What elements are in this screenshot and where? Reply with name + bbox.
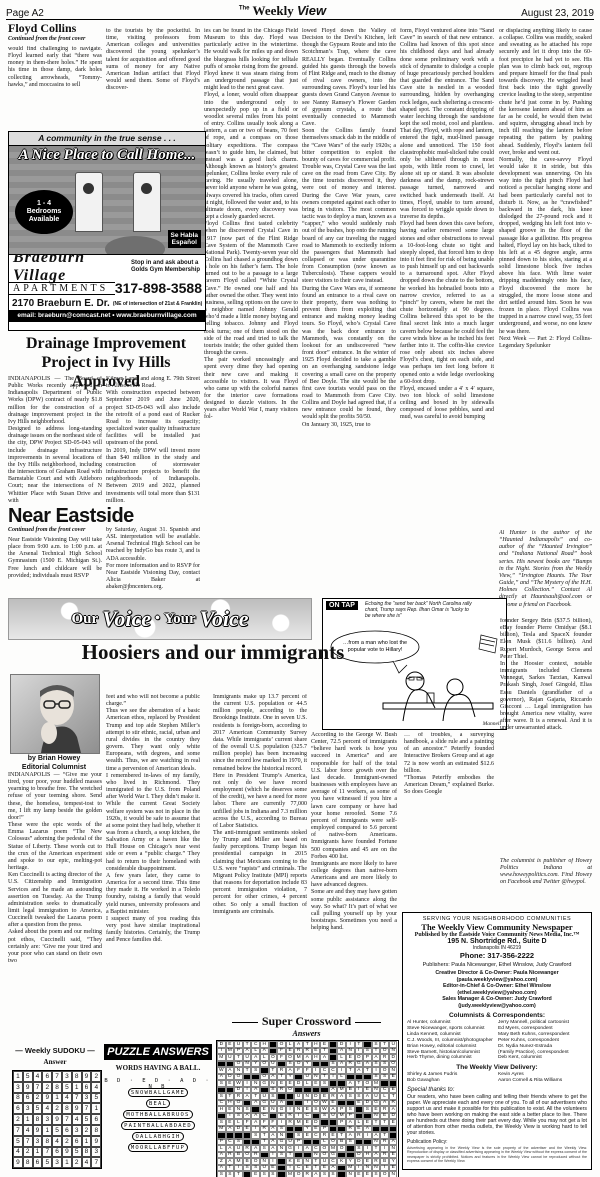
grid-cell: 1 [13, 1071, 23, 1082]
banner-dot: • [155, 611, 160, 627]
howey-column-5: … of troubles, a surveying handbook, a s… [404, 732, 494, 908]
word-search-title: WORDS HAVING A BALL. [104, 1064, 212, 1072]
grid-cell: 2 [42, 1082, 52, 1093]
sudoku-title: — Weekly SUDOKU — [8, 1046, 102, 1055]
grid-cell: 6 [33, 1157, 43, 1168]
grid-cell: O [380, 1171, 389, 1177]
grid-cell: 2 [72, 1157, 82, 1168]
delivery-person: Bob Gavaghan [407, 1078, 496, 1084]
grid-cell: 6 [42, 1071, 52, 1082]
floyd-column-5: form, Floyd ventured alone into “Sand Ca… [400, 28, 494, 590]
sudoku-answer-grid: 1546738923972851648629147356354289712183… [12, 1070, 102, 1169]
columnists-lists: Al Hunter, columnistSteve Nicewanger, sp… [407, 1020, 587, 1061]
grid-cell: 4 [13, 1147, 23, 1158]
apartments-label: APARTMENTS [9, 282, 115, 295]
masthead-info-box: SERVING YOUR NEIGHBORHOOD COMMUNITIES Th… [402, 912, 592, 1170]
crossword-title-text: Super Crossword [262, 1014, 351, 1028]
grid-cell: 3 [13, 1082, 23, 1093]
grid-cell: 7 [62, 1114, 72, 1125]
publishers-line: Publishers: Paula Nicewanger, Ethel Wins… [407, 962, 587, 968]
grid-cell: 2 [13, 1114, 23, 1125]
grid-cell: S [269, 1171, 278, 1177]
grid-cell: 4 [42, 1103, 52, 1114]
delivery-person: Aaron Cornell & Rita Williams [498, 1078, 587, 1084]
grid-cell: 8 [42, 1136, 52, 1147]
ad-headline: A Nice Place to Call Home... [9, 147, 205, 164]
our-voice-your-voice-banner: Our Voice • Your Voice [8, 598, 312, 640]
floyd-column-3: ies can be found in the Chicago Field Mu… [204, 28, 298, 560]
floyd-column-6: or displacing anything likely to cause a… [499, 28, 592, 528]
columnist-name: Deb Kent, columnist [498, 1055, 587, 1061]
grid-cell: 9 [82, 1071, 92, 1082]
issue-date: August 23, 2019 [521, 8, 594, 19]
grid-cell: 9 [62, 1147, 72, 1158]
grid-cell: N [346, 1171, 355, 1177]
grid-cell: 3 [82, 1093, 92, 1104]
gym-membership-note: Stop in and ask about a Golds Gym Member… [131, 260, 205, 274]
grid-cell: 3 [33, 1136, 43, 1147]
publication-policy-title: Publication Policy: [407, 1139, 587, 1145]
grid-cell: 6 [13, 1103, 23, 1114]
grid-cell: 9 [91, 1136, 101, 1147]
on-tap-label: ON TAP [326, 601, 358, 610]
grid-cell: 4 [72, 1114, 82, 1125]
ad-street-address: 2170 Braeburn E. Dr. [9, 298, 110, 309]
paper-phone[interactable]: Phone: 317-356-2222 [407, 951, 587, 960]
crossword-answer-grid: DEUTCHOLATHEDITSTUIMPALAFERRETANISTONMUT… [216, 1040, 399, 1177]
grid-cell: S [329, 1171, 338, 1177]
grid-cell: 9 [42, 1093, 52, 1104]
word-search-answer: SNOWBALLGAME [128, 1088, 188, 1097]
howey-byline: by Brian Howey Editorial Columnist [10, 755, 98, 772]
crossword-subtitle: Answers [215, 1029, 398, 1038]
delivery-lists: Shirley & James FudrisBob Gavaghan Kevin… [407, 1072, 587, 1084]
grid-cell: 6 [23, 1093, 33, 1104]
banner-word-our: Our [71, 611, 98, 628]
grid-cell: S [226, 1171, 235, 1177]
brian-howey-photo [10, 674, 100, 754]
howey-column-6: founder Sergey Brin ($37.5 billion), eBa… [500, 618, 592, 856]
grid-cell: 5 [42, 1157, 52, 1168]
grid-cell: 8 [82, 1147, 92, 1158]
page-number: Page A2 [6, 8, 44, 19]
grid-cell: 1 [33, 1147, 43, 1158]
ad-phone-number[interactable]: 317-898-3588 [115, 280, 205, 296]
delivery-left-list: Shirley & James FudrisBob Gavaghan [407, 1072, 496, 1084]
grid-cell [243, 1171, 252, 1177]
grid-cell: 4 [62, 1093, 72, 1104]
page-header: Page A2 The Weekly View August 23, 2019 [6, 2, 594, 20]
sudoku-subtitle: Answer [8, 1058, 102, 1066]
grid-cell: 9 [52, 1114, 62, 1125]
door-wreath-icon [83, 183, 94, 194]
grid-cell: 1 [62, 1157, 72, 1168]
word-search-answer: MOTHBALLABRUOS [123, 1110, 192, 1119]
floyd-author-bio: Al Hunter is the author of the “Haunted … [499, 530, 592, 614]
grid-cell [277, 1171, 286, 1177]
banner-word-your: Your [164, 611, 196, 628]
columnist-name: Steve Nicewanger, sports columnist [407, 1026, 496, 1032]
grid-cell: 4 [23, 1125, 33, 1136]
grid-cell: 4 [91, 1082, 101, 1093]
grid-cell: 8 [62, 1103, 72, 1114]
grid-cell: 5 [52, 1125, 62, 1136]
grid-cell: 3 [72, 1125, 82, 1136]
grid-cell: S [320, 1171, 329, 1177]
banner-word-voice-2: Voice [200, 606, 249, 632]
howey-headline: Hoosiers and our immigrants [20, 640, 406, 665]
word-search-answer: PAINTBALLABDAED [121, 1121, 195, 1130]
masthead-weekly: Weekly [253, 3, 294, 18]
columnist-name: Herb Thyme, dining columnist [407, 1055, 496, 1061]
howey-column-1: INDIANAPOLIS — “Give me your tired, your… [8, 772, 102, 1048]
howey-column-4: According to the George W. Bush Center, … [311, 732, 397, 1012]
grid-cell: 8 [72, 1071, 82, 1082]
floyd-column-1: would find challenging to navigate. Floy… [8, 46, 102, 130]
special-thanks-title: Special thanks to: [407, 1087, 587, 1093]
grid-cell: O [294, 1171, 303, 1177]
grid-cell: 9 [23, 1082, 33, 1093]
ad-contact-bar[interactable]: email: braeburn@comcast.net • www.braebu… [9, 310, 205, 322]
banner-word-voice: Voice [102, 606, 151, 632]
grid-cell: S [372, 1171, 381, 1177]
grid-cell: 9 [13, 1157, 23, 1168]
grid-cell: 3 [91, 1147, 101, 1158]
grid-cell: 7 [23, 1136, 33, 1147]
grid-cell: 8 [13, 1093, 23, 1104]
grid-cell: E [355, 1171, 364, 1177]
near-eastside-column-2: by Saturday, August 31. Spanish and ASL … [106, 527, 200, 595]
door-wreath-icon [141, 183, 152, 194]
grid-cell: N [389, 1171, 398, 1177]
masthead-view: View [297, 3, 326, 18]
word-search-answer: MOORLLABFFUP [128, 1143, 188, 1152]
paper-title: The Weekly View Community Newspaper [407, 922, 587, 932]
grid-cell: 5 [72, 1147, 82, 1158]
word-search-answer: BEAL [146, 1099, 170, 1108]
grid-cell: 4 [52, 1136, 62, 1147]
grid-cell: 1 [82, 1136, 92, 1147]
grid-cell: 3 [23, 1103, 33, 1114]
grid-cell: 2 [33, 1093, 43, 1104]
grid-cell: 1 [23, 1114, 33, 1125]
floyd-column-2: to the tourists by the pocketful. In tim… [106, 28, 200, 130]
howey-column-2: feet and who will not become a public ch… [106, 694, 200, 1044]
grid-cell: 2 [62, 1136, 72, 1147]
howey-tagline: The columnist is publisher of Howey Poli… [500, 858, 592, 908]
grid-cell: 5 [62, 1082, 72, 1093]
paper-address: 195 N. Shortridge Rd., Suite D [407, 938, 587, 945]
grid-cell: E [363, 1171, 372, 1177]
grid-cell: 4 [33, 1071, 43, 1082]
publication-policy-text: Advertising appearing in the Weekly View… [407, 1146, 587, 1163]
ad-apartments-row: APARTMENTS 317-898-3588 [9, 279, 205, 297]
grid-cell: 7 [82, 1103, 92, 1114]
grid-cell: 5 [33, 1103, 43, 1114]
ad-name-row: Braeburn Village Stop in and ask about a… [9, 254, 205, 279]
bedrooms-badge: 1 - 4 Bedrooms Available [15, 190, 73, 234]
word-search-answer: OALLABHGIH [132, 1132, 183, 1141]
grid-cell: 6 [62, 1125, 72, 1136]
shrub-decoration [105, 236, 165, 254]
grid-cell: 5 [23, 1071, 33, 1082]
grid-cell: 9 [33, 1125, 43, 1136]
grid-cell: 1 [72, 1082, 82, 1093]
se-habla-espanol-badge: Se Habla Español [168, 230, 201, 248]
braeburn-village-logo: Braeburn Village [9, 249, 131, 285]
cartoon-caption: Echoing the “send her back” North Caroli… [365, 601, 472, 619]
drainage-column-2: Kilmer Lane; and along E. 79th Street to… [106, 376, 200, 502]
apartment-door-left [75, 172, 103, 232]
howey-column-3: Immigrants make up 13.7 percent of the c… [213, 694, 307, 1014]
grid-cell: 7 [91, 1157, 101, 1168]
grid-cell: 6 [72, 1136, 82, 1147]
ad-apartment-photo: A Nice Place to Call Home... 1 - 4 Bedro… [9, 146, 205, 254]
grid-cell: 5 [82, 1114, 92, 1125]
grid-cell: 1 [52, 1093, 62, 1104]
near-eastside-headline: Near Eastside [8, 505, 134, 528]
apartment-door-right [133, 172, 161, 232]
grid-cell: 8 [23, 1157, 33, 1168]
grid-cell: 8 [91, 1125, 101, 1136]
staff-roles: Creative Director & Co-Owner: Paula Nice… [407, 970, 587, 1009]
floyd-column-4: lowed Floyd down the Valley of Decision … [302, 28, 396, 560]
grid-cell: 9 [72, 1103, 82, 1114]
grid-cell: 5 [13, 1136, 23, 1147]
floyd-continued-note: Continued from the front cover [8, 36, 85, 42]
grid-cell: 3 [42, 1114, 52, 1125]
grid-cell: 2 [91, 1071, 101, 1082]
columnists-title: Columnists & Correspondents: [407, 1012, 587, 1019]
grid-cell: 3 [62, 1071, 72, 1082]
grid-cell: S [260, 1171, 269, 1177]
ad-address-row: 2170 Braeburn E. Dr. (NE of intersection… [9, 297, 205, 310]
grid-cell [337, 1171, 346, 1177]
grid-cell: T [234, 1171, 243, 1177]
grid-cell: 2 [82, 1125, 92, 1136]
grid-cell: 1 [91, 1103, 101, 1114]
ad-address-note: (NE of intersection of 21st & Franklin) [110, 301, 202, 307]
columnist-name: C.J. Woods, III, columnist/photographer [407, 1038, 496, 1044]
grid-cell: S [217, 1171, 226, 1177]
grid-cell: 1 [42, 1125, 52, 1136]
grid-cell: M [286, 1171, 295, 1177]
floyd-collins-headline: Floyd Collins [8, 21, 76, 36]
grid-cell: 6 [82, 1082, 92, 1093]
columnists-right-list: Jerry Mannell, political cartoonistEd My… [498, 1020, 587, 1061]
grid-cell: 2 [23, 1147, 33, 1158]
drainage-column-1: INDIANAPOLIS — The Board of Public Works… [8, 376, 102, 502]
grid-cell: A [312, 1171, 321, 1177]
grid-cell: E [251, 1171, 260, 1177]
grid-cell: 2 [52, 1103, 62, 1114]
grid-cell: 6 [52, 1147, 62, 1158]
ad-community-banner: A community in the true sense . . . [9, 132, 205, 146]
grid-cell: 7 [72, 1093, 82, 1104]
columnists-left-list: Al Hunter, columnistSteve Nicewanger, sp… [407, 1020, 496, 1061]
grid-cell: 7 [13, 1125, 23, 1136]
near-eastside-column-1: Near Eastside Visioning Day will take pl… [8, 537, 102, 595]
newspaper-masthead: The Weekly View [239, 3, 326, 19]
grid-cell: 7 [42, 1147, 52, 1158]
grid-cell: 4 [82, 1157, 92, 1168]
grid-cell: 8 [52, 1082, 62, 1093]
newspaper-page: Page A2 The Weekly View August 23, 2019 … [0, 0, 600, 1177]
near-eastside-continued-note: Continued from the front cover [8, 527, 85, 533]
crossword-title: Super Crossword [215, 1014, 398, 1029]
puzzle-answers-banner: PUZZLE ANSWERS [104, 1044, 212, 1060]
braeburn-village-ad[interactable]: A community in the true sense . . . A Ni… [8, 131, 206, 331]
grid-cell: 7 [52, 1071, 62, 1082]
grid-cell: 5 [91, 1093, 101, 1104]
grid-cell: R [303, 1171, 312, 1177]
grid-cell: 7 [33, 1082, 43, 1093]
special-thanks-text: Our readers, who have been calling and t… [407, 1094, 587, 1136]
cartoonist-signature: Mannell [483, 721, 501, 727]
grid-cell: 8 [33, 1114, 43, 1125]
masthead-the: The [239, 6, 250, 12]
grid-cell: 3 [52, 1157, 62, 1168]
delivery-title: The Weekly View Delivery: [407, 1064, 587, 1071]
delivery-right-list: Kevin AyresAaron Cornell & Rita Williams [498, 1072, 587, 1084]
grid-cell: 6 [91, 1114, 101, 1125]
word-search-answers: SNOWBALLGAMEBEALMOTHBALLABRUOSPAINTBALLA… [108, 1086, 208, 1154]
